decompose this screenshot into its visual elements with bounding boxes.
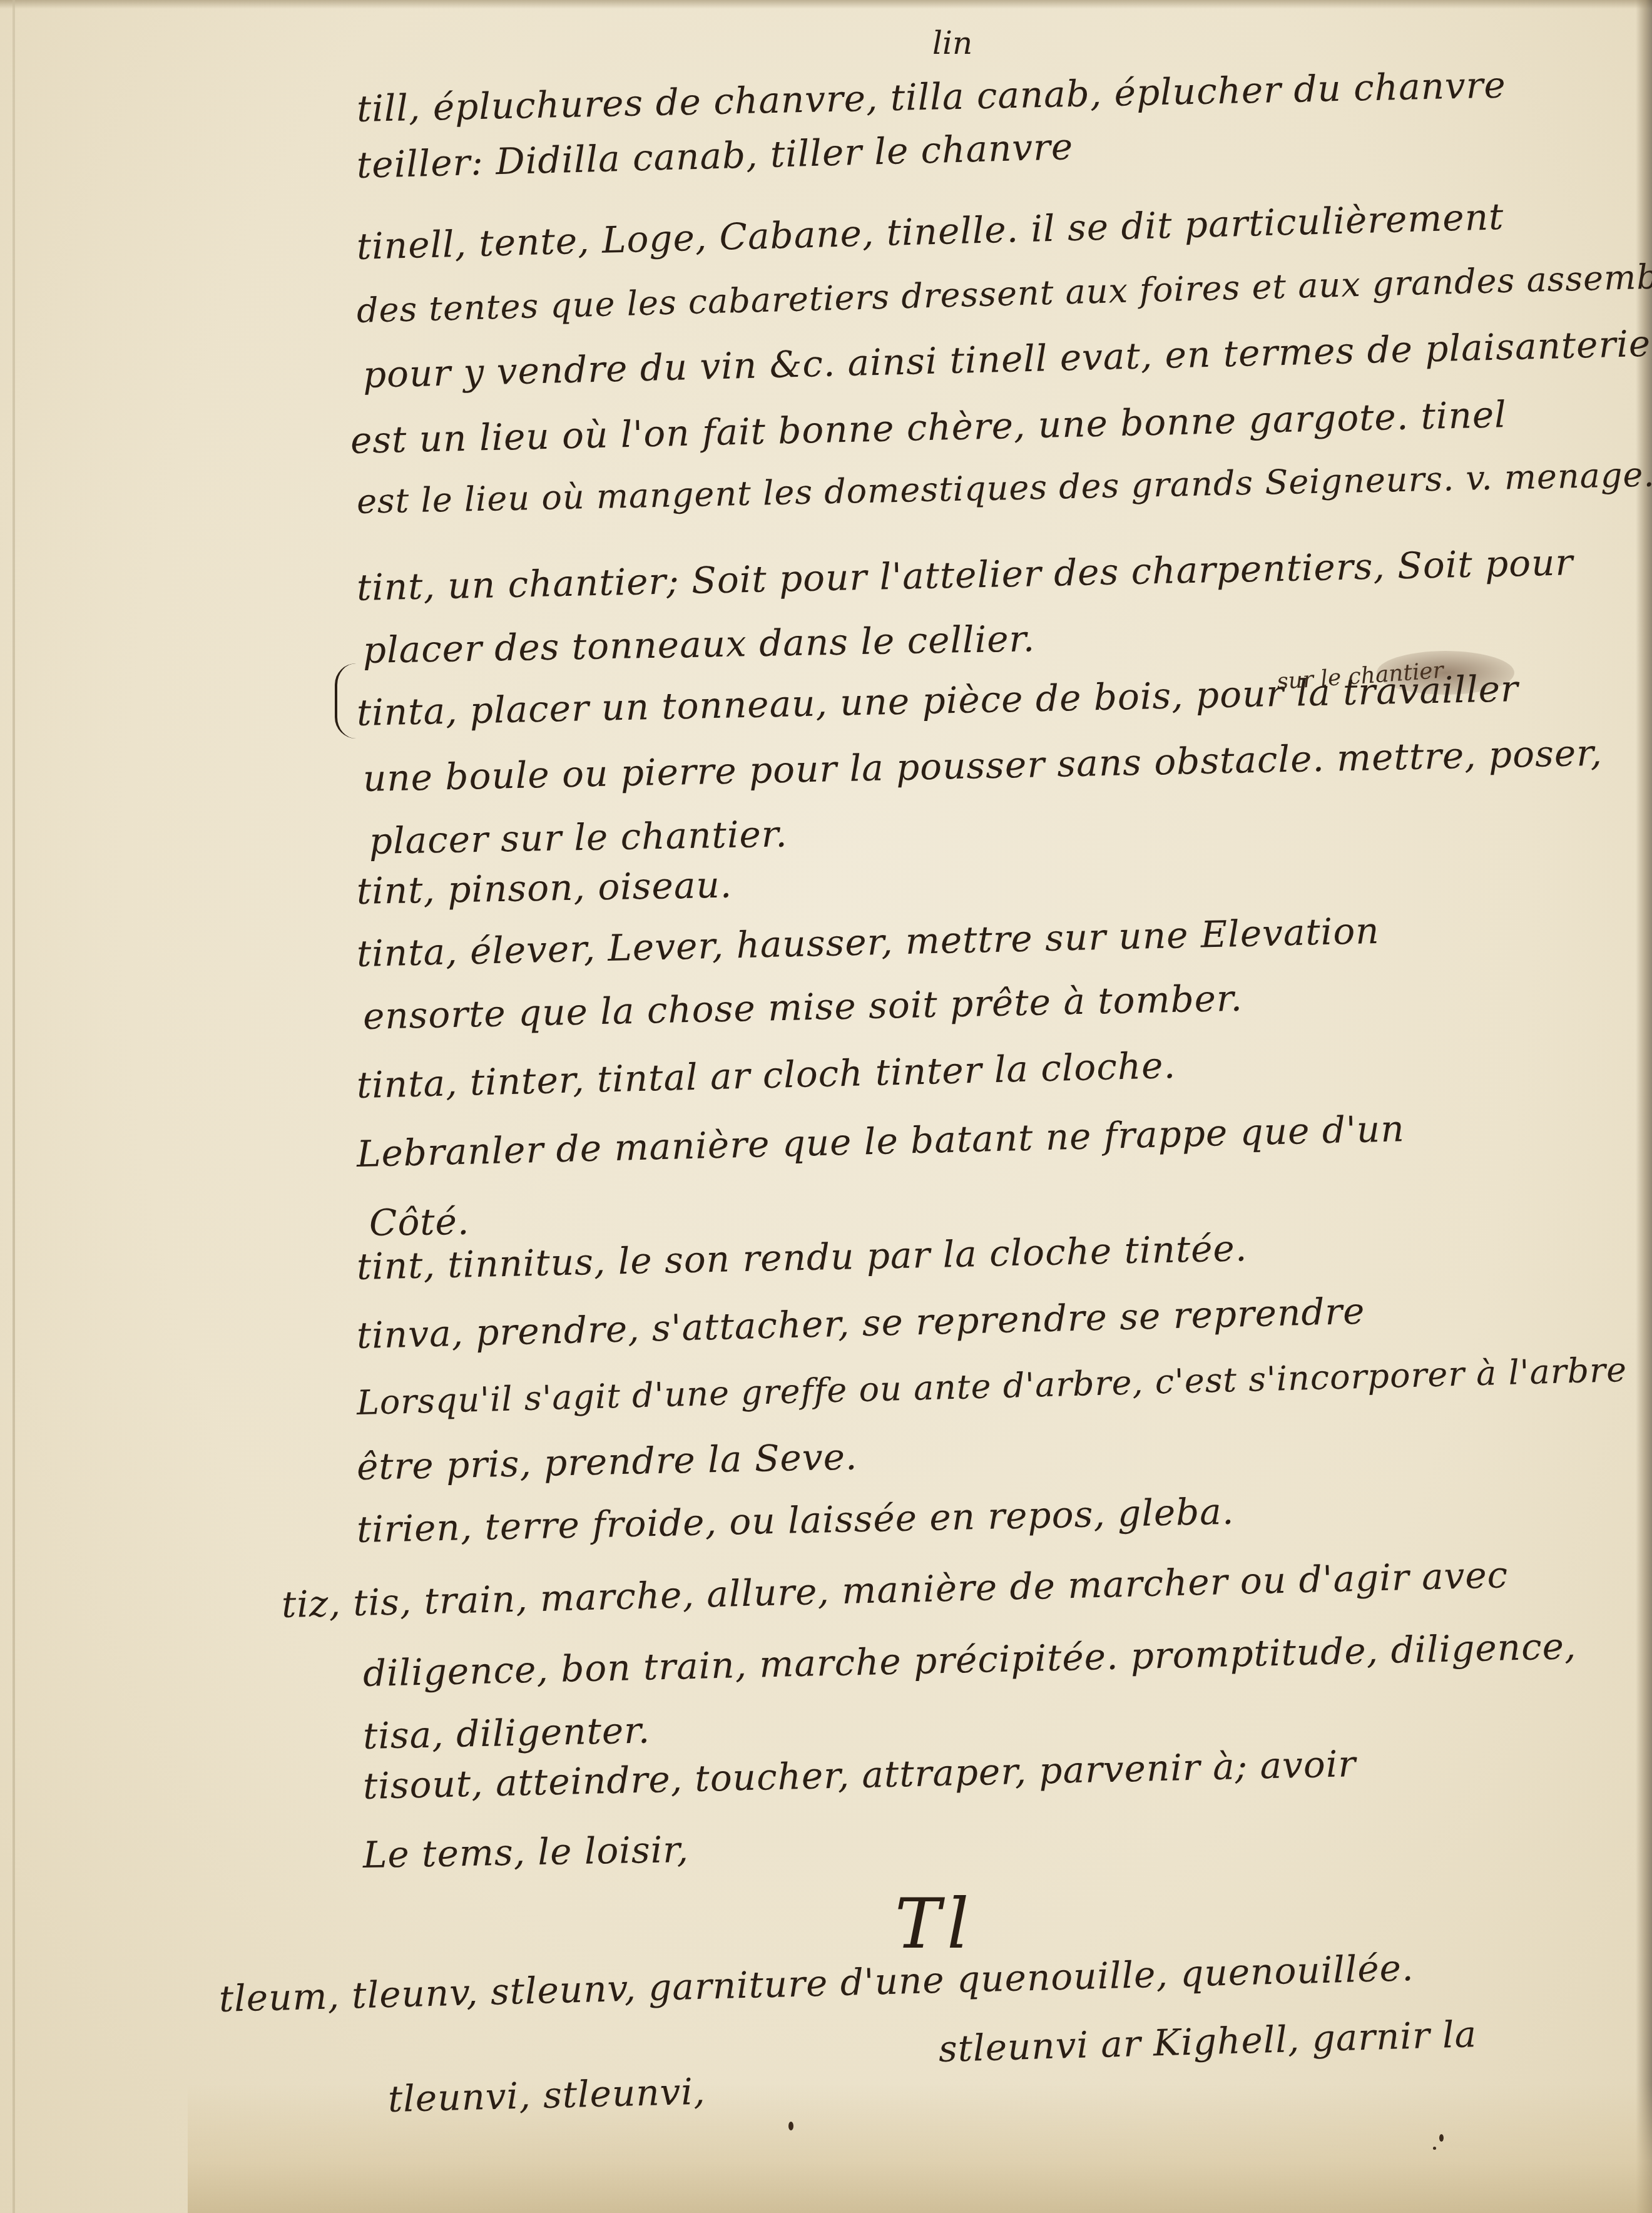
entry-line-25: diligence, bon train, marche précipitée.… (362, 1625, 1577, 1695)
entry-line-12: placer sur le chantier. (369, 812, 788, 862)
page-top-edge (0, 0, 1652, 9)
manuscript-page: lin till, épluchures de chanvre, tilla c… (0, 0, 1652, 2213)
entry-line-23: tirien, terre froide, ou laissée en repo… (356, 1490, 1235, 1551)
ink-blot (788, 2122, 793, 2130)
entry-line-26: tisa, diligenter. (362, 1709, 650, 1757)
entry-line-16: tinta, tinter, tintal ar cloch tinter la… (356, 1044, 1176, 1106)
entry-line-1: till, épluchures de chanvre, tilla canab… (356, 64, 1506, 130)
entry-line-6: est un lieu où l'on fait bonne chère, un… (350, 393, 1507, 462)
entry-line-13: tint, pinson, oiseau. (356, 864, 732, 912)
entry-line-22: être pris, prendre la Seve. (356, 1435, 858, 1488)
section-line-2: stleunvi ar Kighell, garnir la (938, 2013, 1477, 2070)
ink-blot (1439, 2134, 1444, 2142)
entry-line-8: tint, un chantier; Soit pour l'attelier … (356, 541, 1574, 609)
entry-line-14: tinta, élever, Lever, hausser, mettre su… (356, 909, 1380, 975)
entry-line-21: Lorsqu'il s'agit d'une greffe ou ante d'… (356, 1350, 1628, 1423)
entry-line-11: une boule ou pierre pour la pousser sans… (362, 732, 1603, 800)
entry-line-7: est le lieu où mangent les domestiques d… (356, 455, 1652, 521)
superscript-lin: lin (932, 25, 972, 61)
entry-line-9: placer des tonneaux dans le cellier. (362, 617, 1035, 672)
entry-line-15: ensorte que la chose mise soit prête à t… (362, 977, 1243, 1038)
page-left-edge (13, 0, 15, 2213)
entry-line-2: teiller: Didilla canab, tiller le chanvr… (356, 125, 1074, 187)
entry-line-24: tiz, tis, train, marche, allure, manière… (281, 1553, 1509, 1626)
section-heading-tl: Tl (895, 1884, 976, 1964)
entry-line-18: Côté. (369, 1200, 470, 1244)
entry-line-28: Le tems, le loisir, (362, 1828, 689, 1876)
entry-line-17: Lebranler de manière que le batant ne fr… (356, 1107, 1405, 1175)
entry-line-19: tint, tinnitus, le son rendu par la cloc… (356, 1227, 1248, 1288)
entry-line-20: tinva, prendre, s'attacher, se reprendre… (356, 1290, 1365, 1357)
margin-bracket (335, 663, 356, 739)
ink-blot (1433, 2147, 1436, 2150)
entry-line-4: des tentes que les cabaretiers dressent … (356, 255, 1652, 330)
entry-line-10: tinta, placer un tonneau, une pièce de b… (356, 667, 1519, 734)
entry-line-5: pour y vendre du vin &c. ainsi tinell ev… (362, 322, 1652, 396)
entry-line-3: tinell, tente, Loge, Cabane, tinelle. il… (356, 195, 1504, 268)
section-line-1: tleum, tleunv, stleunv, garniture d'une … (218, 1946, 1414, 2020)
section-line-3: tleunvi, stleunvi, (387, 2070, 706, 2120)
